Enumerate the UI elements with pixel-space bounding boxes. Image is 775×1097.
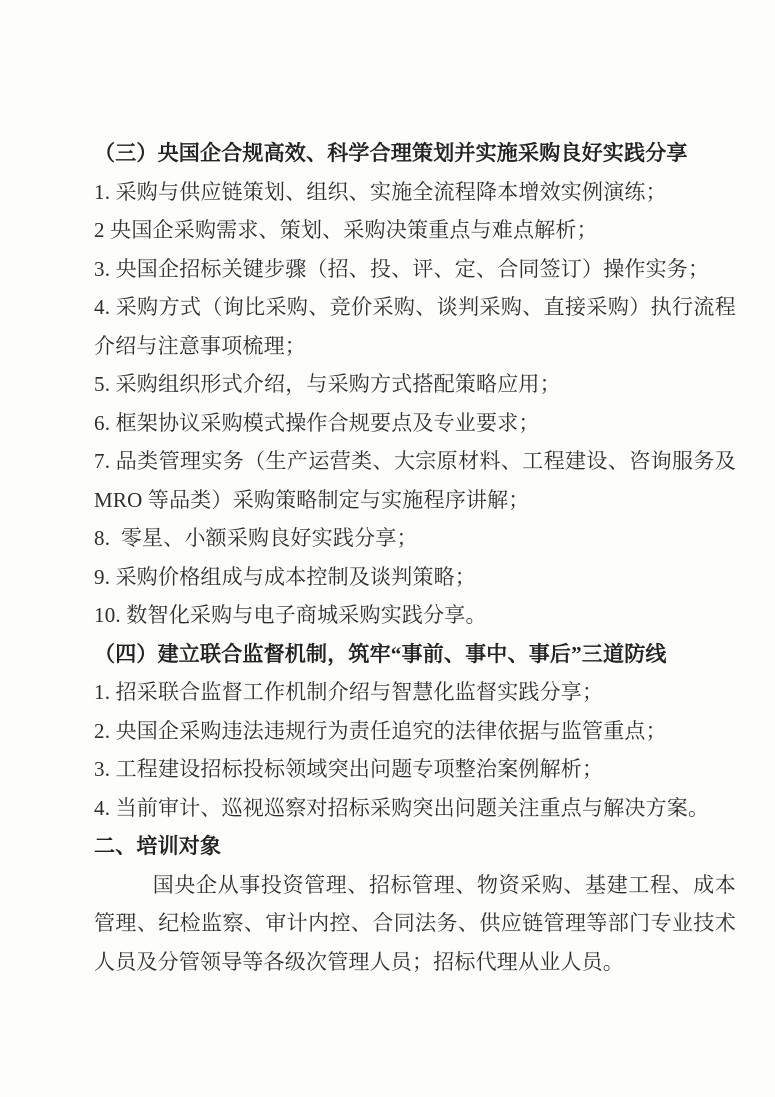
section4-item-2: 2. 央国企采购违法违规行为责任追究的法律依据与监管重点；: [94, 712, 736, 751]
section3-item-1: 1. 采购与供应链策划、组织、实施全流程降本增效实例演练；: [94, 173, 736, 212]
section4-item-4: 4. 当前审计、巡视巡察对招标采购突出问题关注重点与解决方案。: [94, 789, 736, 828]
section3-item-5: 5. 采购组织形式介绍，与采购方式搭配策略应用；: [94, 365, 736, 404]
training-target-paragraph: 国央企从事投资管理、招标管理、物资采购、基建工程、成本管理、纪检监察、审计内控、…: [94, 866, 736, 982]
section3-item-6: 6. 框架协议采购模式操作合规要点及专业要求；: [94, 404, 736, 443]
scanned-document-page: （三）央国企合规高效、科学合理策划并实施采购良好实践分享 1. 采购与供应链策划…: [0, 0, 775, 1097]
section3-item-7: 7. 品类管理实务（生产运营类、大宗原材料、工程建设、咨询服务及 MRO 等品类…: [94, 442, 736, 519]
section3-item-10: 10. 数智化采购与电子商城采购实践分享。: [94, 596, 736, 635]
section4-heading: （四）建立联合监督机制，筑牢“事前、事中、事后”三道防线: [94, 635, 736, 674]
section3-item-9: 9. 采购价格组成与成本控制及谈判策略；: [94, 558, 736, 597]
section3-item-3: 3. 央国企招标关键步骤（招、投、评、定、合同签订）操作实务；: [94, 250, 736, 289]
training-target-heading: 二、培训对象: [94, 827, 736, 866]
section3-item-8: 8. 零星、小额采购良好实践分享；: [94, 519, 736, 558]
section4-item-1: 1. 招采联合监督工作机制介绍与智慧化监督实践分享；: [94, 673, 736, 712]
section3-item-2: 2 央国企采购需求、策划、采购决策重点与难点解析；: [94, 211, 736, 250]
section4-item-3: 3. 工程建设招标投标领域突出问题专项整治案例解析；: [94, 750, 736, 789]
section3-heading: （三）央国企合规高效、科学合理策划并实施采购良好实践分享: [94, 134, 736, 173]
section3-item-4: 4. 采购方式（询比采购、竞价采购、谈判采购、直接采购）执行流程介绍与注意事项梳…: [94, 288, 736, 365]
